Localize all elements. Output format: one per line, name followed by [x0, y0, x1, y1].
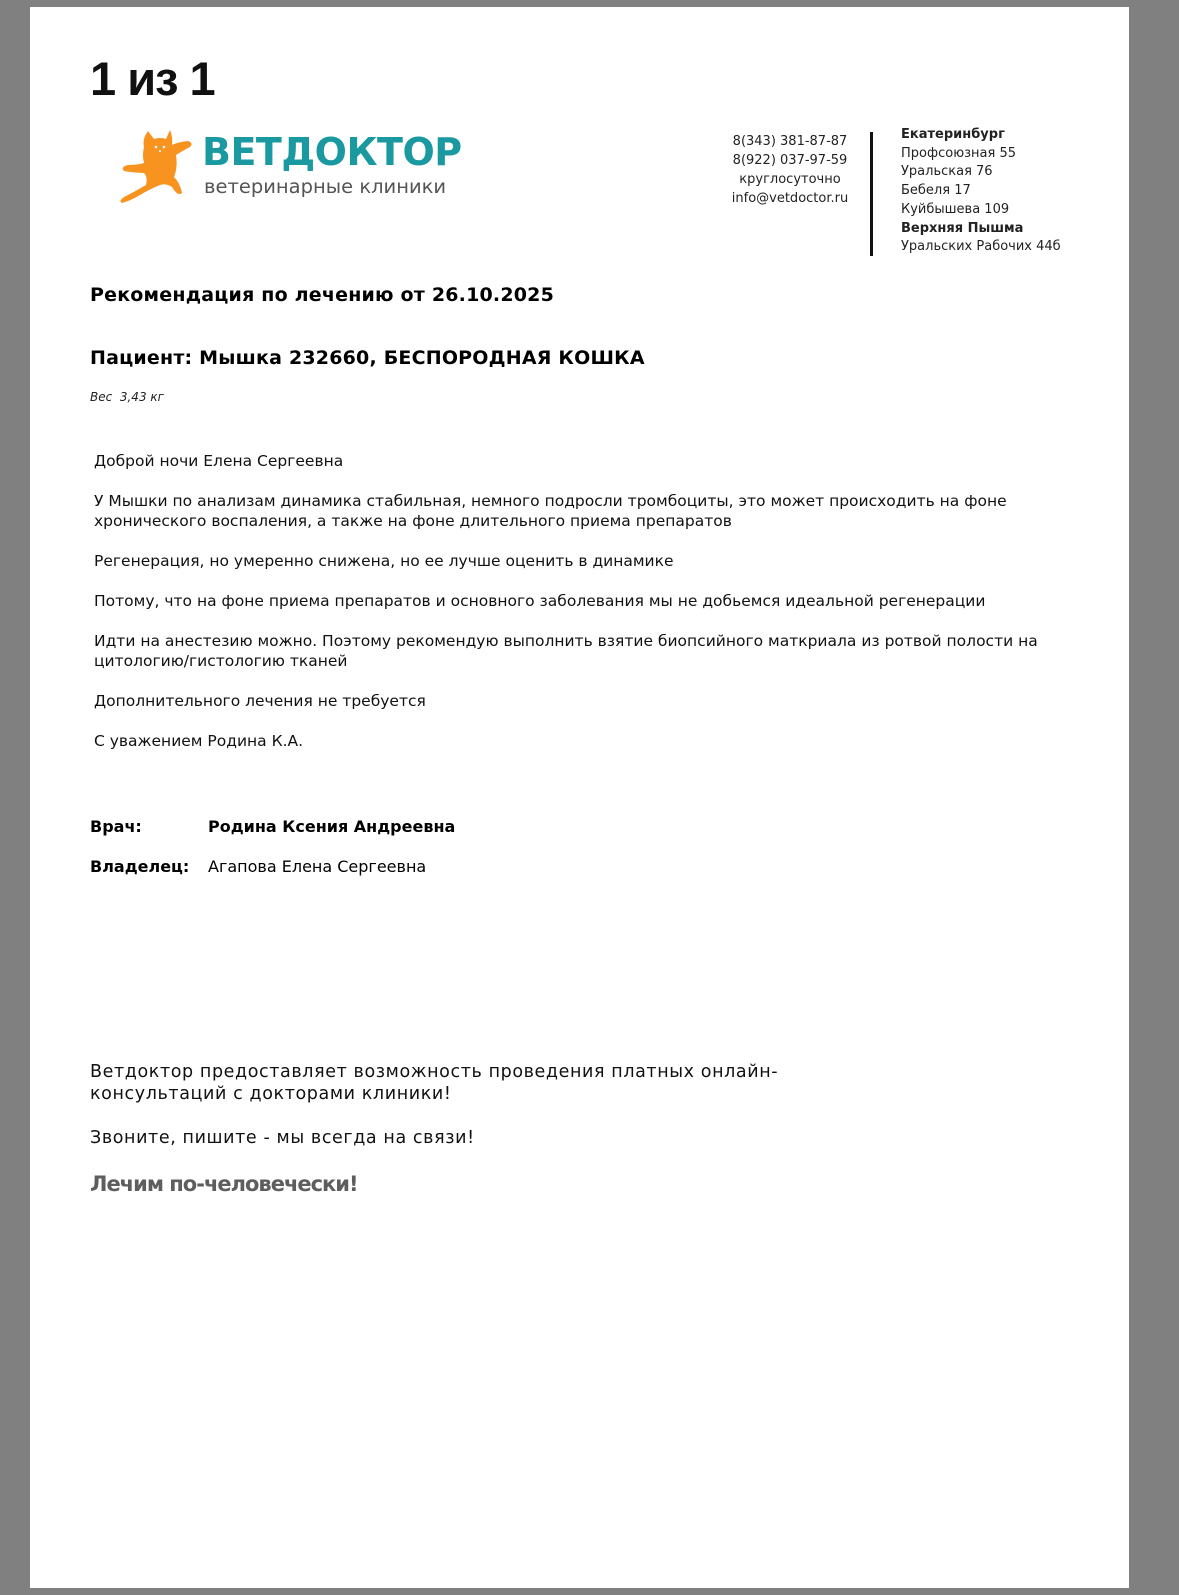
address-item: Профсоюзная 55: [901, 145, 1061, 164]
doctor-name: Родина Ксения Андреевна: [208, 817, 455, 836]
document-title: Рекомендация по лечению от 26.10.2025: [90, 284, 554, 306]
phone-2[interactable]: 8(922) 037-97-59: [720, 151, 860, 170]
doctor-row: Врач:Родина Ксения Андреевна: [90, 817, 455, 836]
paragraph: Регенерация, но умеренно снижена, но ее …: [94, 551, 1084, 571]
paragraph: Доброй ночи Елена Сергеевна: [94, 451, 1084, 471]
contacts-block: 8(343) 381-87-87 8(922) 037-97-59 кругло…: [720, 132, 860, 208]
owner-name: Агапова Елена Сергеевна: [208, 857, 426, 876]
promo-text: Ветдоктор предоставляет возможность пров…: [90, 1061, 850, 1105]
weight-value: 3,43 кг: [120, 390, 164, 404]
paragraph: Дополнительного лечения не требуется: [94, 691, 1084, 711]
phone-1[interactable]: 8(343) 381-87-87: [720, 132, 860, 151]
paragraph: Потому, что на фоне приема препаратов и …: [94, 591, 1084, 611]
city-heading: Верхняя Пышма: [901, 220, 1061, 239]
header-divider: [870, 132, 873, 256]
address-item: Уральских Рабочих 44б: [901, 238, 1061, 257]
owner-label: Владелец:: [90, 857, 208, 876]
city-heading: Екатеринбург: [901, 126, 1061, 145]
brand-name: ВЕТДОКТОР: [202, 133, 462, 171]
document-page: 1 из 1 ВЕТДОКТОР ветеринарные клиники 8(…: [30, 7, 1129, 1588]
slogan: Лечим по-человечески!: [90, 1172, 358, 1196]
addresses-block: Екатеринбург Профсоюзная 55 Уральская 76…: [901, 126, 1061, 257]
clinic-logo: ВЕТДОКТОР ветеринарные клиники: [118, 125, 478, 215]
patient-weight: Вес 3,43 кг: [90, 390, 164, 404]
weight-label: Вес: [90, 390, 112, 404]
page-indicator: 1 из 1: [90, 55, 215, 102]
working-hours: круглосуточно: [720, 170, 860, 189]
address-item: Куйбышева 109: [901, 201, 1061, 220]
owner-row: Владелец:Агапова Елена Сергеевна: [90, 857, 426, 876]
recommendation-text: Доброй ночи Елена Сергеевна У Мышки по а…: [94, 451, 1084, 771]
promo-text: Звоните, пишите - мы всегда на связи!: [90, 1127, 850, 1149]
patient-info: Пациент: Мышка 232660, БЕСПОРОДНАЯ КОШКА: [90, 347, 645, 369]
orange-cat-icon: [118, 125, 202, 205]
address-item: Уральская 76: [901, 163, 1061, 182]
paragraph: У Мышки по анализам динамика стабильная,…: [94, 491, 1084, 531]
email-link[interactable]: info@vetdoctor.ru: [720, 189, 860, 208]
doctor-label: Врач:: [90, 817, 208, 836]
address-item: Бебеля 17: [901, 182, 1061, 201]
paragraph: Идти на анестезию можно. Поэтому рекомен…: [94, 631, 1084, 671]
promo-block: Ветдоктор предоставляет возможность пров…: [90, 1061, 850, 1171]
brand-subtitle: ветеринарные клиники: [204, 177, 446, 197]
paragraph: С уважением Родина К.А.: [94, 731, 1084, 751]
